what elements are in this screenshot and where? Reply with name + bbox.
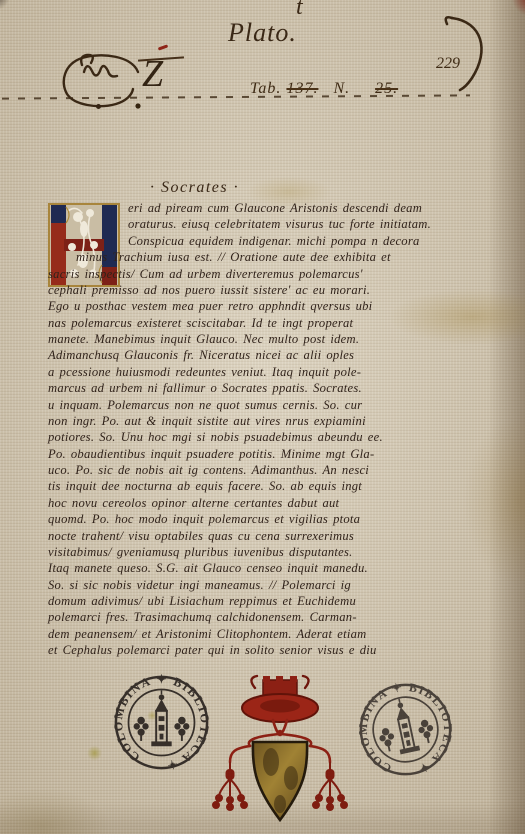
body-text: eri ad piream cum Glaucone Aristonis des… xyxy=(48,200,492,659)
stamp-left-legend: COLOMBINA ✦ BIBLIOTECA ✦ xyxy=(113,674,210,771)
rule-dot xyxy=(96,104,101,109)
svg-text:COLOMBINA ✦ BIBLIOTECA ✦: COLOMBINA ✦ BIBLIOTECA ✦ xyxy=(113,674,210,771)
closing-paren-flourish-icon xyxy=(438,12,500,100)
library-stamp-left: COLOMBINA ✦ BIBLIOTECA ✦ xyxy=(113,674,210,771)
giralda-tower-icon xyxy=(373,693,437,757)
manuscript-line: tis inquit dee nocturna ab equis facere.… xyxy=(48,478,492,494)
manuscript-line: quomd. Po. hoc modo inquit polemarcus et… xyxy=(48,511,492,527)
manuscript-line: marcus ad urbem ni fallimur o Socrates p… xyxy=(48,380,492,396)
manuscript-line: uco. Po. sic de nobis ait ig contens. Ad… xyxy=(48,462,492,478)
manuscript-line: nocte trahent/ visu optabiles quas cu ce… xyxy=(48,528,492,544)
manuscript-line: visitabimus/ gveniamusq pluribus iuvenib… xyxy=(48,544,492,560)
top-center-pen-mark: t xyxy=(296,0,303,21)
manuscript-line: hoc novu cereolos opinor alterne certant… xyxy=(48,495,492,511)
catalog-inscription: Tab. 137. N. 25. xyxy=(250,80,398,98)
manuscript-line: So. si sic nobis videtur ingi maneamus. … xyxy=(48,577,492,593)
red-tick-mark xyxy=(158,44,168,50)
manuscript-page: t Plato. Z Tab. 137. N. 25. 229 · Socrat… xyxy=(0,0,525,834)
tab-number-struck: 137. xyxy=(286,80,318,97)
manuscript-line: eri ad piream cum Glaucone Aristonis des… xyxy=(48,200,492,216)
galero-hat xyxy=(242,694,318,722)
manuscript-line: Po. obaudientibus inquit psuadere potiti… xyxy=(48,446,492,462)
manuscript-line: polemarci fres. Trasimachumq calchidonen… xyxy=(48,609,492,625)
scribal-monogram-flourish-icon xyxy=(58,50,146,112)
stamp-right-legend: COLOMBINA ✦ BIBLIOTECA ✦ xyxy=(349,673,462,786)
manuscript-line: oraturus. eiusq celebritatem visurus tuc… xyxy=(48,216,492,232)
old-number-struck: 25. xyxy=(375,80,398,97)
manuscript-line: potiores. So. Unu hoc mgi si nobis psuad… xyxy=(48,429,492,445)
manuscript-line: dem peanensem/ et Aristonimi Clitophonte… xyxy=(48,626,492,642)
manuscript-line: sacris inspectis/ Cum ad urbem divertere… xyxy=(48,266,492,282)
manuscript-line: Adimanchusq Glauconis fr. Niceratus nice… xyxy=(48,347,492,363)
manuscript-line: manete. Manebimus inquit Glauco. Nec mul… xyxy=(48,331,492,347)
manuscript-line: Conspicua equidem indigenar. michi pompa… xyxy=(48,233,492,249)
tassels-right xyxy=(313,762,347,810)
tassels-left xyxy=(213,762,247,810)
cardinal-coat-of-arms xyxy=(205,670,355,834)
manuscript-line: non ingr. Po. aut & inquit sistite aut v… xyxy=(48,413,492,429)
manuscript-line: u inquam. Polemarcus non ne quot sumus c… xyxy=(48,397,492,413)
svg-text:COLOMBINA ✦ BIBLIOTECA ✦: COLOMBINA ✦ BIBLIOTECA ✦ xyxy=(349,673,462,786)
manuscript-line: a pcessione huiusmodi redeuntes veniut. … xyxy=(48,364,492,380)
manuscript-line: et Cephalus polemarci pater qui in solit… xyxy=(48,642,492,658)
page-title: Plato. xyxy=(228,18,297,48)
manuscript-line: Itaq manete queso. S.G. ait Glauco cense… xyxy=(48,560,492,576)
shelf-letter-z: Z xyxy=(142,55,163,93)
n-label: N. xyxy=(333,80,350,97)
tab-label: Tab. xyxy=(250,80,281,97)
giralda-tower-icon xyxy=(134,690,189,745)
manuscript-line: nas polemarcus existeret sciscitabar. Id… xyxy=(48,315,492,331)
manuscript-line: minus Trachium iusa est. // Oratione aut… xyxy=(48,249,492,265)
manuscript-line: cephali premisso ad nos puero iussit sis… xyxy=(48,282,492,298)
manuscript-line: domum adivimus/ ubi Lisiachum reppimus e… xyxy=(48,593,492,609)
manuscript-line: Ego u posthac vestem mea puer retro apph… xyxy=(48,298,492,314)
section-heading-socrates: · Socrates · xyxy=(150,179,239,197)
library-stamp-right: COLOMBINA ✦ BIBLIOTECA ✦ xyxy=(349,673,462,786)
